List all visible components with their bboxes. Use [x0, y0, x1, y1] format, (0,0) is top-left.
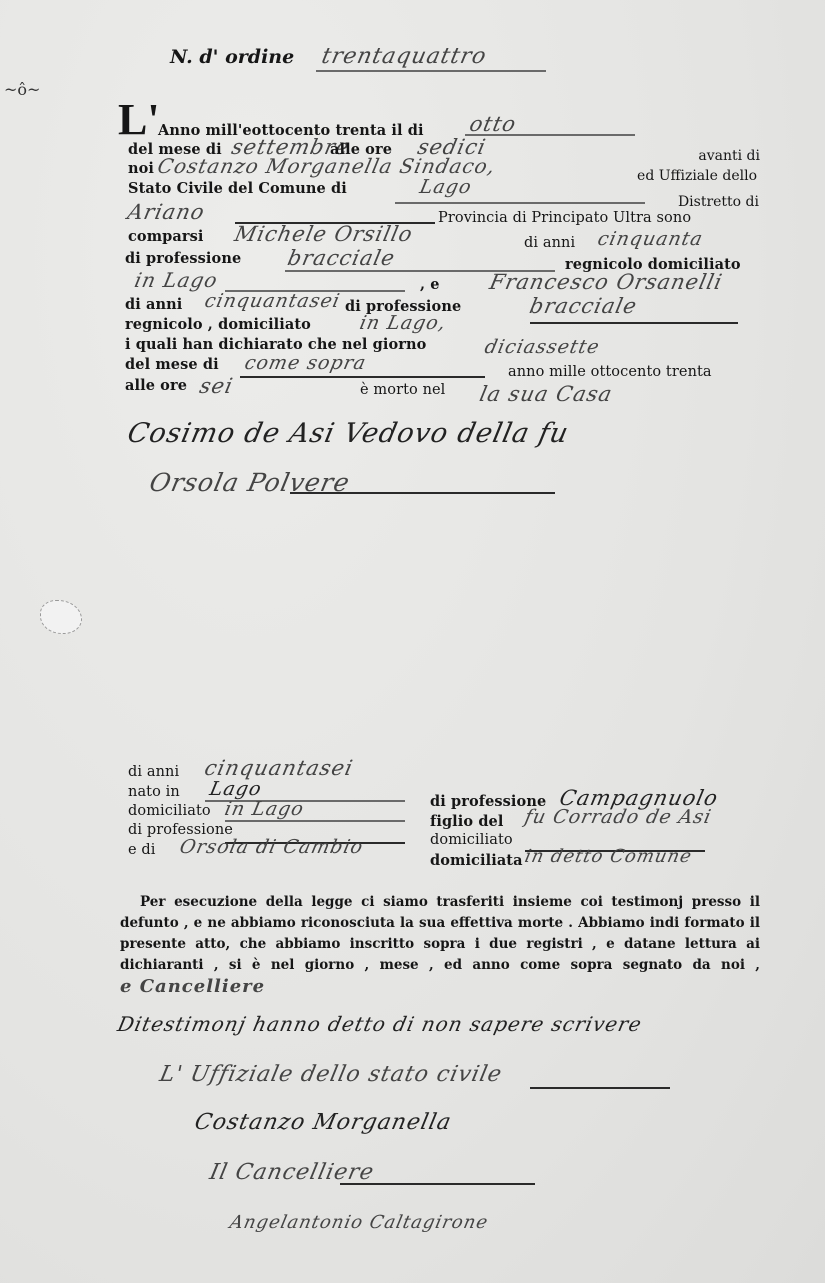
form-line-9-hand2: bracciale — [527, 294, 639, 318]
form-line-6-printed2: di anni — [524, 235, 575, 251]
form-line-5-hand: Ariano — [125, 200, 207, 224]
form-line-12-printed: del mese di — [125, 356, 219, 373]
order-number-label: N. d' ordine — [170, 46, 294, 68]
rule — [340, 1183, 535, 1185]
form-line-3-hand: Costanzo Morganella Sindaco, — [155, 154, 497, 178]
signature-officer-title: L' Uffiziale dello stato civile — [157, 1062, 504, 1087]
form-line-11-printed: i quali han dichiarato che nel giorno — [125, 336, 426, 353]
rule — [316, 70, 546, 72]
dropcap: L' — [118, 98, 160, 142]
form-line-12-printed2: anno mille ottocento trenta — [508, 364, 712, 380]
form-line-13-printed2: è morto nel — [360, 382, 445, 398]
mother-label: e di — [128, 842, 156, 858]
age-label: di anni — [128, 764, 179, 780]
form-line-10-hand: in Lago, — [358, 312, 449, 334]
closing-paragraph: Per esecuzione della legge ci siamo tras… — [120, 892, 760, 999]
son-of-label: figlio del — [430, 813, 504, 830]
form-line-4-printed: Stato Civile del Comune di — [128, 180, 347, 197]
form-line-10-printed: regnicolo , domiciliato — [125, 316, 311, 333]
form-line-9-hand: cinquantasei — [203, 290, 343, 312]
father-domicile-label: domiciliato — [430, 832, 513, 848]
domicile-value: in Lago — [223, 798, 307, 820]
form-line-12-hand: come sopra — [243, 352, 369, 374]
form-line-13-hand2: la sua Casa — [477, 382, 614, 406]
deceased-line-1: Cosimo de Asi Vedovo della fu — [125, 418, 572, 449]
form-line-13-hand: sei — [197, 374, 235, 398]
form-line-8-hand: in Lago — [132, 268, 220, 292]
rule — [465, 134, 635, 136]
form-line-9-printed: di anni — [125, 296, 182, 313]
closing-paragraph-text: Per esecuzione della legge ci siamo tras… — [120, 894, 760, 973]
form-line-13-printed: alle ore — [125, 377, 187, 394]
mother-domicile-value: in detto Comune — [523, 846, 694, 867]
rule — [530, 1087, 670, 1089]
form-line-3-printed2: ed Uffiziale dello — [637, 168, 757, 184]
rule — [530, 322, 738, 324]
form-line-6-hand2: cinquanta — [596, 228, 706, 250]
rule — [290, 492, 555, 494]
form-line-7-printed: di professione — [125, 250, 241, 267]
born-value: Lago — [208, 778, 264, 800]
form-line-11-hand: diciassette — [483, 336, 602, 358]
form-line-8-hand2: Francesco Orsanelli — [487, 270, 724, 294]
signature-officer-name: Costanzo Morganella — [192, 1110, 454, 1135]
form-line-4-hand: Lago — [418, 176, 474, 198]
form-line-4-printed2: Distretto di — [678, 194, 759, 210]
signature-clerk-name: Angelantonio Caltagirone — [228, 1212, 490, 1233]
age-value: cinquantasei — [202, 756, 355, 780]
son-of-value: fu Corrado de Asi — [523, 806, 714, 828]
closing-hand-1: e Cancelliere — [120, 976, 265, 997]
form-line-2-printed3: avanti di — [698, 148, 760, 164]
form-line-5-printed: Provincia di Principato Ultra sono — [438, 210, 691, 226]
form-line-3-printed: noi — [128, 160, 154, 177]
order-number-value: trentaquattro — [319, 44, 489, 69]
mother-domicile-label: domiciliata — [430, 852, 523, 869]
rule — [395, 202, 645, 204]
margin-mark: ~ô~ — [4, 80, 40, 99]
form-line-1-hand: otto — [467, 112, 518, 136]
paper-stain — [40, 600, 82, 634]
form-line-6-hand: Michele Orsillo — [232, 222, 415, 246]
document-page: ~ô~ N. d' ordine trentaquattro L' Anno m… — [0, 0, 825, 1283]
form-line-8-printed: , e — [420, 276, 440, 293]
mother-value: Orsola di Cambio — [178, 836, 366, 858]
rule — [240, 376, 485, 378]
form-line-7-hand: bracciale — [285, 246, 397, 270]
signature-clerk-title: Il Cancelliere — [207, 1160, 376, 1185]
closing-hand-2: Ditestimonj hanno detto di non sapere sc… — [115, 1012, 644, 1036]
form-line-6-printed: comparsi — [128, 228, 204, 245]
rule — [225, 820, 405, 822]
domicile-label: domiciliato — [128, 803, 211, 819]
born-label: nato in — [128, 784, 180, 800]
